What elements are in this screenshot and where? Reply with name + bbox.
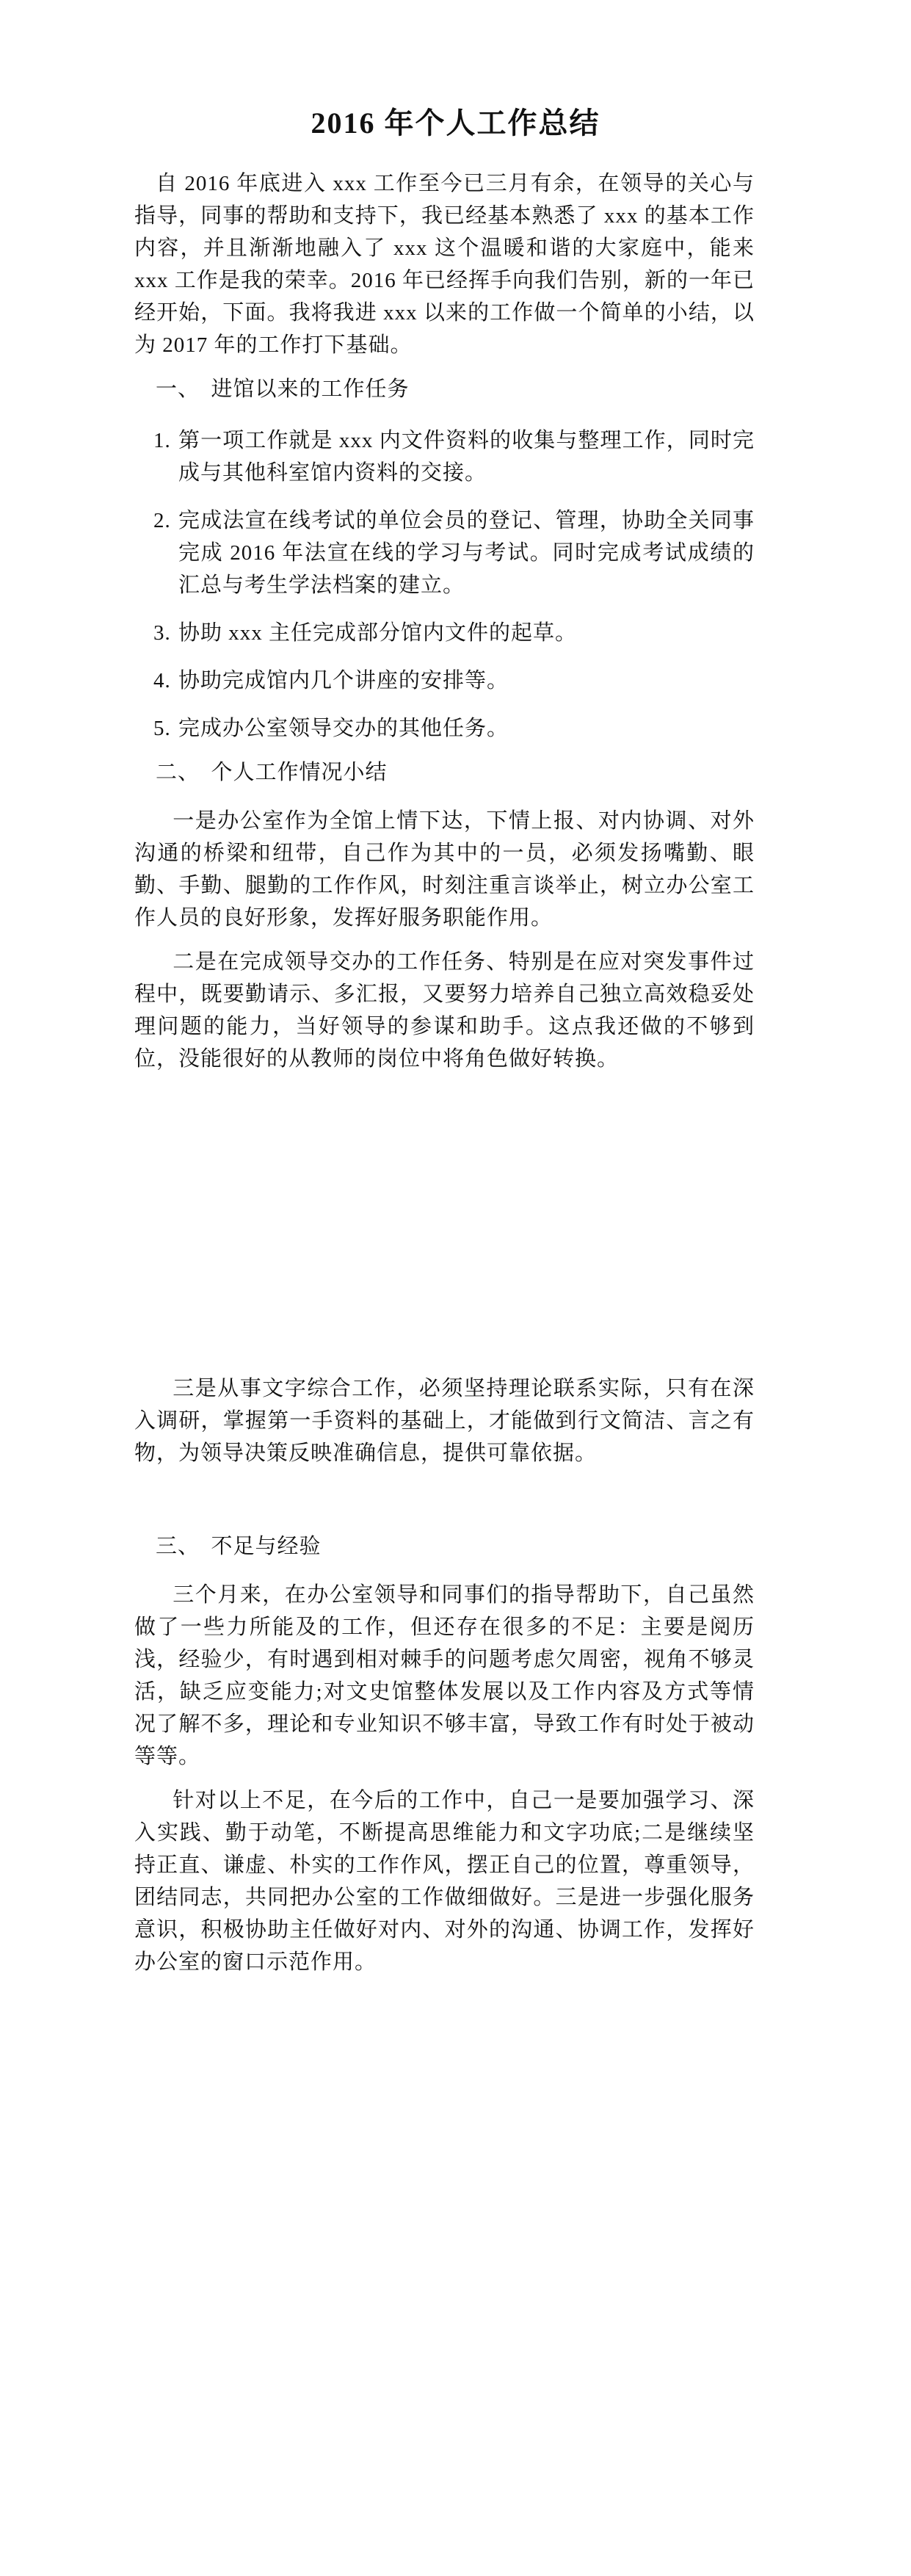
section-2-paragraph-3: 三是从事文字综合工作，必须坚持理论联系实际，只有在深入调研，掌握第一手资料的基础… bbox=[134, 1372, 755, 1469]
section-2-heading: 二、 个人工作情况小结 bbox=[134, 756, 755, 789]
section-1-heading: 一、 进馆以来的工作任务 bbox=[134, 373, 755, 405]
section-2-paragraph-2: 二是在完成领导交办的工作任务、特别是在应对突发事件过程中，既要勤请示、多汇报，又… bbox=[134, 946, 755, 1075]
section-3-heading: 三、 不足与经验 bbox=[134, 1530, 755, 1563]
task-list-item-text: 协助 xxx 主任完成部分馆内文件的起草。 bbox=[178, 621, 577, 645]
document-title: 2016 年个人工作总结 bbox=[0, 103, 911, 144]
task-list-item-text: 完成法宣在线考试的单位会员的登记、管理，协助全关同事完成 2016 年法宣在线的… bbox=[178, 509, 755, 597]
task-list-item: 完成法宣在线考试的单位会员的登记、管理，协助全关同事完成 2016 年法宣在线的… bbox=[134, 504, 755, 601]
section-3-paragraph-2: 针对以上不足，在今后的工作中，自己一是要加强学习、深入实践、勤于动笔，不断提高思… bbox=[134, 1784, 755, 1978]
task-list-item: 第一项工作就是 xxx 内文件资料的收集与整理工作，同时完成与其他科室馆内资料的… bbox=[134, 424, 755, 489]
intro-paragraph: 自 2016 年底进入 xxx 工作至今已三月有余，在领导的关心与指导，同事的帮… bbox=[134, 167, 755, 361]
task-list: 第一项工作就是 xxx 内文件资料的收集与整理工作，同时完成与其他科室馆内资料的… bbox=[134, 424, 755, 745]
task-list-item: 协助 xxx 主任完成部分馆内文件的起草。 bbox=[134, 617, 755, 649]
section-3-paragraph-1: 三个月来，在办公室领导和同事们的指导帮助下，自己虽然做了一些力所能及的工作，但还… bbox=[134, 1579, 755, 1773]
section-2-paragraph-1: 一是办公室作为全馆上情下达，下情上报、对内协调、对外沟通的桥梁和纽带，自己作为其… bbox=[134, 805, 755, 934]
task-list-item: 完成办公室领导交办的其他任务。 bbox=[134, 712, 755, 745]
task-list-item-text: 完成办公室领导交办的其他任务。 bbox=[178, 717, 509, 740]
task-list-item: 协助完成馆内几个讲座的安排等。 bbox=[134, 665, 755, 697]
document-page: 2016 年个人工作总结 自 2016 年底进入 xxx 工作至今已三月有余，在… bbox=[0, 0, 911, 2576]
task-list-item-text: 协助完成馆内几个讲座的安排等。 bbox=[178, 669, 509, 692]
task-list-item-text: 第一项工作就是 xxx 内文件资料的收集与整理工作，同时完成与其他科室馆内资料的… bbox=[178, 429, 755, 485]
